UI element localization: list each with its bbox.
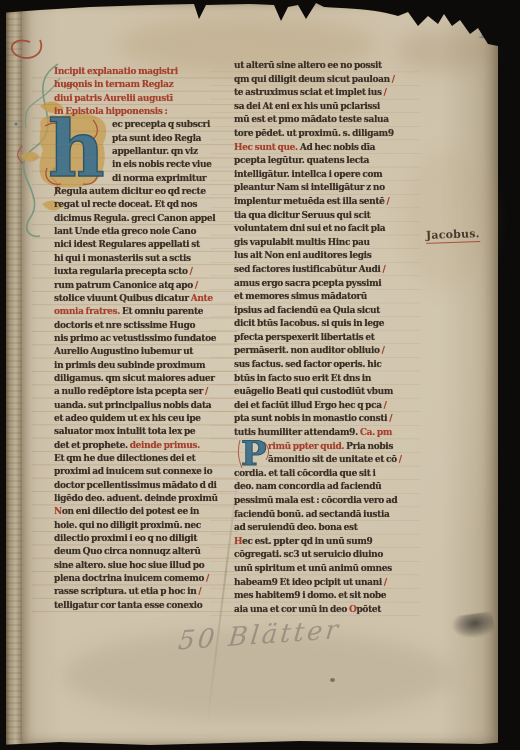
text-line: te astruximus sciat et implet ius /: [234, 87, 420, 101]
text-line: mū est et pmo mādato teste salua: [234, 114, 420, 128]
text-line: pcepta legūtur. quatens lecta: [234, 155, 420, 169]
text-line: tore pēdet. ut proximū. s. diligam9: [234, 128, 420, 142]
text-line: pta sunt nobis in monastio consti /: [234, 413, 420, 427]
text-line: habeam9 Et ideo pcipit ut unani /: [234, 577, 420, 591]
text-line: cōgregati. sc3 ut seruicio diuino: [234, 549, 420, 563]
text-line: qm qui diligit deum sicut pauloan /: [234, 74, 420, 88]
text-line: euāgelio Beati qui custodiūt vbum: [234, 386, 420, 400]
manuscript-photo: h P Incipit explanatio magistrihugonis i…: [0, 0, 520, 750]
text-line: voluntatem dni sui et no facit pla: [234, 223, 420, 237]
text-column-right: ut alterū sine altero ee no possitqm qui…: [210, 60, 420, 617]
text-line: rimū ppter quid. Pria nobis: [234, 441, 420, 455]
text-line: permāserit. non auditor obliuio /: [234, 345, 420, 359]
text-line: pleantur Nam si intelligātur z no: [234, 182, 420, 196]
ink-speck: [330, 678, 335, 682]
text-line: sa dei At eni ex his unū pclarissi: [234, 101, 420, 115]
text-line: tia qua dicitur Seruus qui scit: [234, 210, 420, 224]
text-line: ut alterū sine altero ee no possit: [234, 60, 420, 74]
text-line: unū spiritum et unū animū omnes: [234, 563, 420, 577]
text-line: Hec sunt que. Ad hec nobis dīa: [234, 142, 420, 156]
text-line: pessimū mala est : cōcordia vero ad: [234, 495, 420, 509]
text-line: deo. nam concordia ad faciendū: [234, 481, 420, 495]
text-line: lus ait Non eni auditores legis: [234, 250, 420, 264]
text-line: implentur metuēda est illa sentē /: [234, 196, 420, 210]
text-line: intelligātur. intellca i opere com: [234, 169, 420, 183]
text-line: faciendū bonū. ad sectandā iustia: [234, 509, 420, 523]
margin-note-jacobus: Jacobus.: [426, 227, 480, 244]
text-column-left: Incipit explanatio magistrihugonis in te…: [32, 66, 238, 613]
text-line: dei et faciūt illud Ergo hec q pca /: [234, 400, 420, 414]
text-line: sus factus. sed factor operis. hic: [234, 359, 420, 373]
text-line: sed factores iustificabūtur Audi /: [234, 264, 420, 278]
text-line: ad seruiendū deo. bona est: [234, 522, 420, 536]
text-line: gis vapulabit multis Hinc pau: [234, 237, 420, 251]
text-line: et memores simus mādatorū: [234, 291, 420, 305]
text-line: mes habitem9 i domo. et sit nobe: [234, 590, 420, 604]
text-line: btūs in facto suo erit Et dns in: [234, 373, 420, 387]
text-line: āmonitio sit de unitate et cō /: [234, 454, 420, 468]
text-line: Hec est. ppter qd in unū sum9: [234, 536, 420, 550]
text-line: amus ergo sacra pcepta pyssimi: [234, 278, 420, 292]
text-line: pfecta perspexerit libertatis et: [234, 332, 420, 346]
manuscript-screenshot: { "colors": { "rubric_red": "#a5402d", "…: [0, 0, 520, 750]
text-line: dicit btūs Iacobus. si quis in lege: [234, 318, 420, 332]
text-line: tutis humiliter attendam9. Ca. pm: [234, 427, 420, 441]
text-line: cordia. et tali cōcordia que sit i: [234, 468, 420, 482]
text-line: ipsius ad faciendū ea Quia sicut: [234, 305, 420, 319]
